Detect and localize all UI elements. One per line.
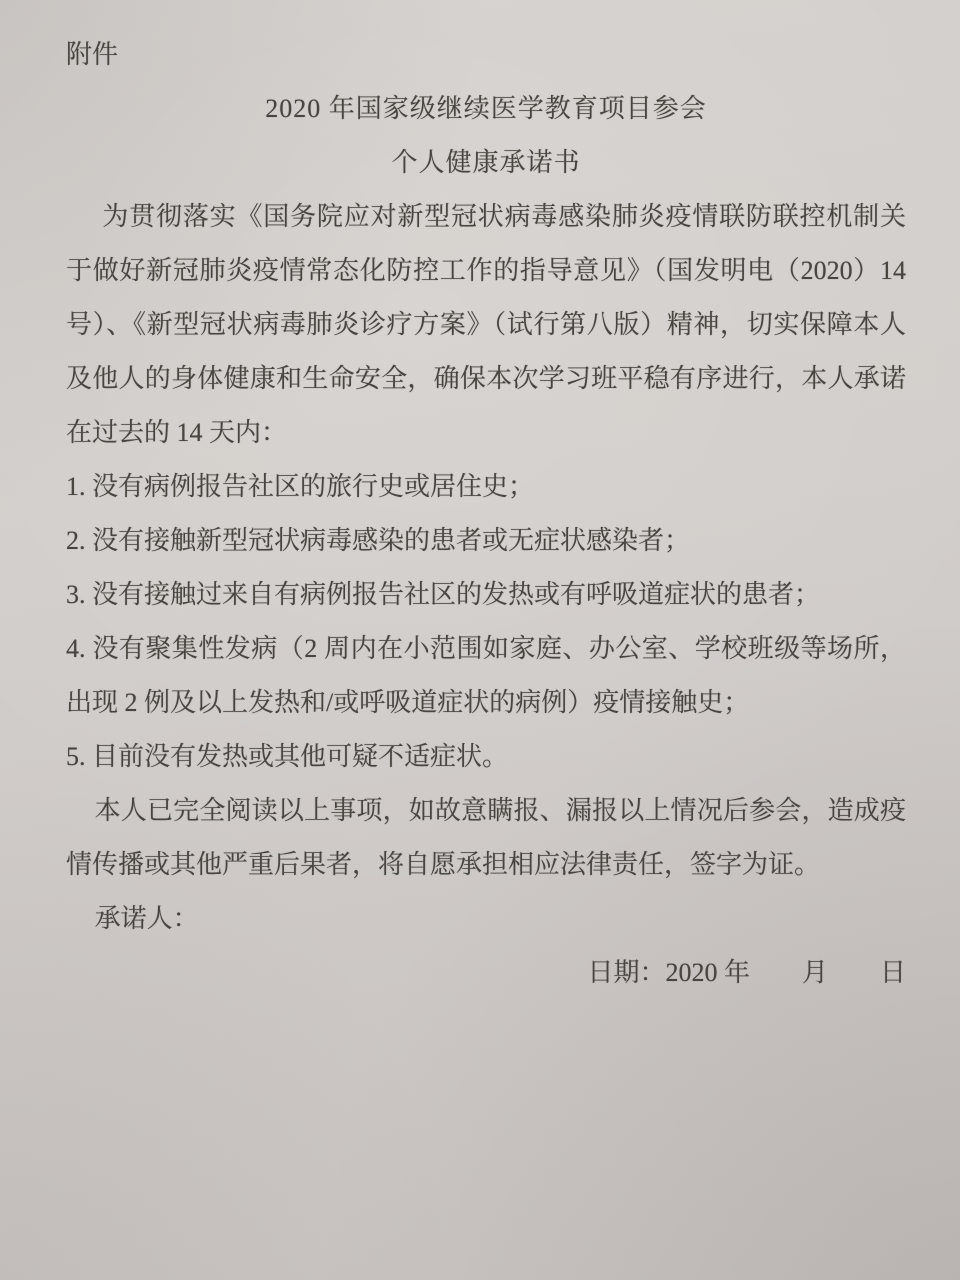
document-title-line2: 个人健康承诺书 xyxy=(66,136,906,190)
photographed-paper: 附件 2020 年国家级继续医学教育项目参会 个人健康承诺书 为贯彻落实《国务院… xyxy=(0,0,960,1280)
intro-paragraph: 为贯彻落实《国务院应对新型冠状病毒感染肺炎疫情联防联控机制关于做好新冠肺炎疫情常… xyxy=(66,190,906,460)
commitment-item-1: 1. 没有病例报告社区的旅行史或居住史； xyxy=(66,460,906,514)
commitment-item-2: 2. 没有接触新型冠状病毒感染的患者或无症状感染者； xyxy=(66,514,906,568)
attachment-label: 附件 xyxy=(66,28,906,82)
document-title-line1: 2020 年国家级继续医学教育项目参会 xyxy=(66,82,906,136)
commitment-item-3: 3. 没有接触过来自有病例报告社区的发热或有呼吸道症状的患者； xyxy=(66,568,906,622)
closing-paragraph: 本人已完全阅读以上事项，如故意瞒报、漏报以上情况后参会，造成疫情传播或其他严重后… xyxy=(66,784,906,892)
commitment-item-5: 5. 目前没有发热或其他可疑不适症状。 xyxy=(66,730,906,784)
date-line: 日期：2020 年 月 日 xyxy=(66,946,906,1000)
commitment-item-4: 4. 没有聚集性发病（2 周内在小范围如家庭、办公室、学校班级等场所，出现 2 … xyxy=(66,622,906,730)
document-page: 附件 2020 年国家级继续医学教育项目参会 个人健康承诺书 为贯彻落实《国务院… xyxy=(0,0,960,1280)
signer-label: 承诺人： xyxy=(66,892,906,946)
